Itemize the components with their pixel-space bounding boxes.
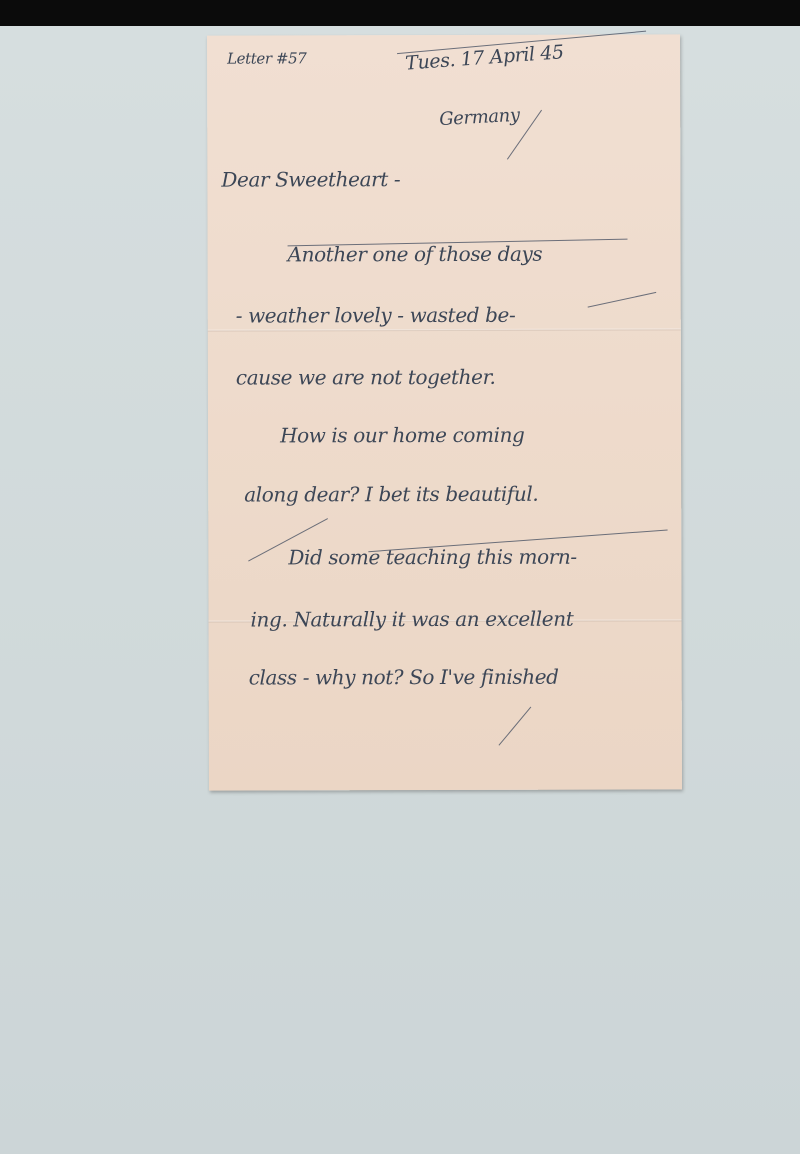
letter-number: Letter #57: [227, 49, 306, 67]
letter-place: Germany: [439, 105, 520, 130]
scanner-top-edge: [0, 0, 800, 26]
letter-line: How is our home coming: [280, 423, 524, 448]
paper-fold-line: [208, 328, 681, 331]
pen-stroke: [588, 292, 657, 308]
pen-stroke: [498, 707, 531, 746]
letter-line: along dear? I bet its beautiful.: [244, 482, 538, 507]
letter-line: ing. Naturally it was an excellent: [251, 607, 574, 632]
salutation: Dear Sweetheart -: [221, 167, 400, 191]
letter-line: - weather lovely - wasted be-: [236, 303, 516, 328]
letter-line: Did some teaching this morn-: [288, 545, 576, 570]
letter-page: Letter #57 Tues. 17 April 45 Germany Dea…: [207, 34, 682, 790]
letter-line: cause we are not together.: [236, 365, 496, 390]
letter-line: class - why not? So I've finished: [249, 665, 559, 690]
